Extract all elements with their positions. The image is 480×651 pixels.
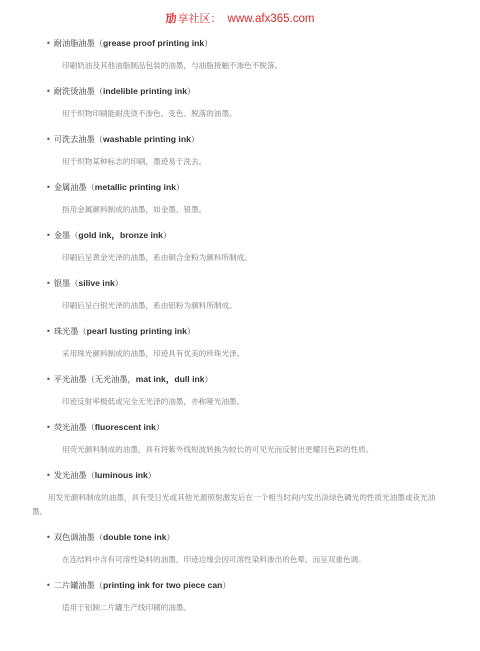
page-header: 劢享社区：www.afx365.com <box>0 10 480 26</box>
term-zh: 耐油脂油墨（ <box>54 38 103 48</box>
term-en: mat ink，dull ink <box>136 374 205 384</box>
bullet-icon: • <box>46 182 51 192</box>
term-paren: ） <box>166 532 174 542</box>
entry-definition: 印迹反射率极低或完全无光泽的油墨，亦称哑光油墨。 <box>46 395 446 409</box>
entry-definition: 适用于铝制二片罐生产线印刷的油墨。 <box>46 601 446 615</box>
entry-term: •金墨（gold ink，bronze ink） <box>46 229 446 241</box>
entry-term: •二片罐油墨（printing ink for two piece can） <box>46 579 446 591</box>
bullet-icon: • <box>46 422 51 432</box>
entry-term: •珠光墨（pearl lusting printing ink） <box>46 325 446 337</box>
term-en: pearl lusting printing ink <box>87 326 187 336</box>
term-paren: ） <box>187 326 195 336</box>
term-zh: 双色调油墨（ <box>54 532 103 542</box>
term-zh: 可洗去油墨（ <box>54 134 103 144</box>
term-zh: 发光油墨（ <box>54 470 95 480</box>
glossary-entry: •平光油墨（无光油墨，mat ink，dull ink） 印迹反射率极低或完全无… <box>46 373 446 409</box>
glossary-entry: •耐洗烫油墨（indelible printing ink） 用于织物印刷能耐洗… <box>46 85 446 121</box>
term-paren: ） <box>205 374 213 384</box>
bullet-icon: • <box>46 278 51 288</box>
entry-term: •耐油脂油墨（grease proof printing ink） <box>46 37 446 49</box>
term-zh: 珠光墨（ <box>54 326 87 336</box>
bullet-icon: • <box>46 326 51 336</box>
glossary-entry: •发光油墨（luminous ink） 用发光颜料制成的油墨，具有受日光或其他光… <box>46 469 446 519</box>
entry-term: •金属油墨（metallic printing ink） <box>46 181 446 193</box>
term-en: metallic printing ink <box>95 182 176 192</box>
entry-term: •双色调油墨（double tone ink） <box>46 531 446 543</box>
bullet-icon: • <box>46 134 51 144</box>
glossary-entry: •珠光墨（pearl lusting printing ink） 采用珠光颜料制… <box>46 325 446 361</box>
glossary-entry: •双色调油墨（double tone ink） 在连结料中含有可溶性染料的油墨，… <box>46 531 446 567</box>
term-paren: ） <box>204 38 212 48</box>
term-en: indelible printing ink <box>103 86 187 96</box>
site-url[interactable]: www.afx365.com <box>228 13 315 25</box>
bullet-icon: • <box>46 230 51 240</box>
term-zh: 二片罐油墨（ <box>54 580 103 590</box>
entry-definition: 在连结料中含有可溶性染料的油墨，印迹边缘会因可溶性染料渗出的色晕，而呈双重色调。 <box>46 553 446 567</box>
term-en: luminous ink <box>95 470 148 480</box>
term-paren: ） <box>176 182 184 192</box>
term-paren: ） <box>191 134 199 144</box>
term-en: printing ink for two piece can <box>103 580 222 590</box>
entry-definition: 用发光颜料制成的油墨，具有受日光或其他光源照射激发后在一个相当时间内发出淡绿色磷… <box>32 491 446 519</box>
entry-term: •发光油墨（luminous ink） <box>46 469 446 481</box>
term-paren: ） <box>115 278 123 288</box>
entry-definition: 用荧光颜料制成的油墨，具有将紫外线短波转换为较长的可见光而反射出更耀目色彩的性质… <box>46 443 446 457</box>
glossary-entry: •荧光油墨（fluorescent ink） 用荧光颜料制成的油墨，具有将紫外线… <box>46 421 446 457</box>
term-en: silive ink <box>78 278 114 288</box>
glossary-entry: •金属油墨（metallic printing ink） 指用金属颜料制成的油墨… <box>46 181 446 217</box>
bullet-icon: • <box>46 374 51 384</box>
glossary-entry: •金墨（gold ink，bronze ink） 印刷后呈黄金光泽的油墨，系由铜… <box>46 229 446 265</box>
entry-definition: 印刷后呈白银光泽的油墨，系由铝粉为颜料所制成。 <box>46 299 446 313</box>
glossary-entry: •银墨（silive ink） 印刷后呈白银光泽的油墨，系由铝粉为颜料所制成。 <box>46 277 446 313</box>
term-zh: 金墨（ <box>54 230 79 240</box>
logo-icon: 劢 <box>166 10 177 26</box>
term-zh: 金属油墨（ <box>54 182 95 192</box>
entry-term: •荧光油墨（fluorescent ink） <box>46 421 446 433</box>
entry-term: •平光油墨（无光油墨，mat ink，dull ink） <box>46 373 446 385</box>
term-paren: ） <box>156 422 164 432</box>
entry-definition: 指用金属颜料制成的油墨，如金墨、银墨。 <box>46 203 446 217</box>
term-zh: 银墨（ <box>54 278 79 288</box>
bullet-icon: • <box>46 38 51 48</box>
term-en: double tone ink <box>103 532 167 542</box>
bullet-icon: • <box>46 86 51 96</box>
term-paren: ） <box>222 580 230 590</box>
entry-definition: 用于织物某种标志的印刷，墨迹易于洗去。 <box>46 155 446 169</box>
glossary-entry: •耐油脂油墨（grease proof printing ink） 印刷奶油及其… <box>46 37 446 73</box>
entry-definition: 采用珠光颜料制成的油墨，印迹具有优美的珍珠光泽。 <box>46 347 446 361</box>
bullet-icon: • <box>46 580 51 590</box>
entry-term: •可洗去油墨（washable printing ink） <box>46 133 446 145</box>
entry-definition: 印刷后呈黄金光泽的油墨，系由铜合金粉为颜料所制成。 <box>46 251 446 265</box>
glossary-entry: •二片罐油墨（printing ink for two piece can） 适… <box>46 579 446 615</box>
term-paren: ） <box>163 230 171 240</box>
entry-term: •耐洗烫油墨（indelible printing ink） <box>46 85 446 97</box>
term-paren: ） <box>187 86 195 96</box>
term-en: fluorescent ink <box>95 422 156 432</box>
term-zh: 耐洗烫油墨（ <box>54 86 103 96</box>
term-en: gold ink，bronze ink <box>78 230 163 240</box>
term-en: grease proof printing ink <box>103 38 204 48</box>
site-name: 享社区： <box>178 12 222 25</box>
glossary-content: •耐油脂油墨（grease proof printing ink） 印刷奶油及其… <box>46 37 446 615</box>
term-zh: 平光油墨（无光油墨， <box>54 374 136 384</box>
entry-term: •银墨（silive ink） <box>46 277 446 289</box>
entry-definition: 印刷奶油及其他油脂制品包装的油墨，与油脂接触不渗色不脱落。 <box>46 59 446 73</box>
term-en: washable printing ink <box>103 134 191 144</box>
entry-definition: 用于织物印刷能耐洗烫不渗色、变色、脱落的油墨。 <box>46 107 446 121</box>
bullet-icon: • <box>46 470 51 480</box>
glossary-entry: •可洗去油墨（washable printing ink） 用于织物某种标志的印… <box>46 133 446 169</box>
term-paren: ） <box>148 470 156 480</box>
term-zh: 荧光油墨（ <box>54 422 95 432</box>
bullet-icon: • <box>46 532 51 542</box>
